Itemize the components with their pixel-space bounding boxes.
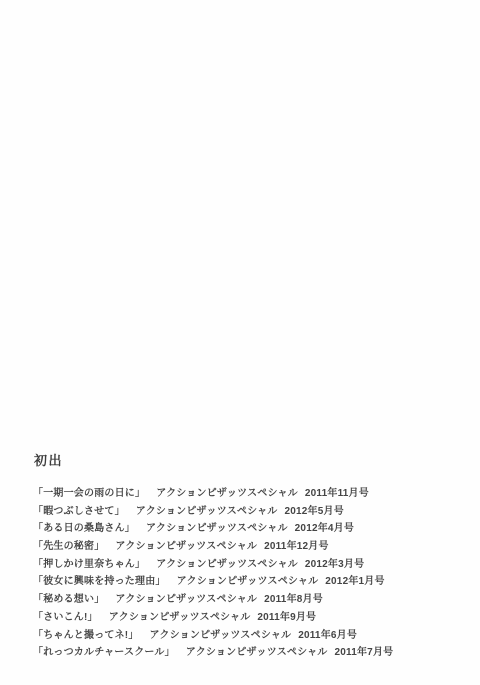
publication-entry: 「ちゃんと撮ってネ!」 アクションピザッツスペシャル 2011年6月号 bbox=[33, 627, 453, 645]
story-title: 「ちゃんと撮ってネ!」 bbox=[33, 627, 139, 645]
issue-date: 2011年7月号 bbox=[334, 644, 393, 662]
story-title: 「押しかけ里奈ちゃん」 bbox=[33, 556, 145, 574]
publication-entry: 「彼女に興味を持った理由」 アクションピザッツスペシャル 2012年1月号 bbox=[33, 573, 453, 591]
publication-entry: 「一期一会の雨の日に」 アクションピザッツスペシャル 2011年11月号 bbox=[33, 485, 453, 503]
publication-entry: 「先生の秘密」 アクションピザッツスペシャル 2011年12月号 bbox=[33, 538, 453, 556]
colophon-heading: 初出 bbox=[34, 453, 453, 468]
publication-entry: 「ある日の桑島さん」 アクションピザッツスペシャル 2012年4月号 bbox=[33, 520, 453, 538]
issue-date: 2012年5月号 bbox=[284, 503, 343, 521]
story-title: 「さいこん!」 bbox=[33, 609, 98, 627]
story-title: 「秘める想い」 bbox=[33, 591, 104, 609]
issue-date: 2011年12月号 bbox=[264, 538, 329, 556]
magazine-name: アクションピザッツスペシャル bbox=[115, 538, 257, 556]
magazine-name: アクションピザッツスペシャル bbox=[150, 627, 292, 645]
issue-date: 2012年4月号 bbox=[295, 520, 354, 538]
story-title: 「彼女に興味を持った理由」 bbox=[33, 573, 166, 591]
issue-date: 2011年6月号 bbox=[298, 627, 357, 645]
scanned-page: 初出 「一期一会の雨の日に」 アクションピザッツスペシャル 2011年11月号 … bbox=[0, 0, 480, 685]
magazine-name: アクションピザッツスペシャル bbox=[136, 503, 278, 521]
magazine-name: アクションピザッツスペシャル bbox=[177, 573, 319, 591]
issue-date: 2012年3月号 bbox=[305, 556, 364, 574]
story-title: 「先生の秘密」 bbox=[33, 538, 104, 556]
publication-list: 「一期一会の雨の日に」 アクションピザッツスペシャル 2011年11月号 「暇つ… bbox=[33, 485, 453, 662]
colophon-section: 初出 「一期一会の雨の日に」 アクションピザッツスペシャル 2011年11月号 … bbox=[33, 453, 453, 662]
magazine-name: アクションピザッツスペシャル bbox=[156, 485, 298, 503]
magazine-name: アクションピザッツスペシャル bbox=[186, 644, 328, 662]
magazine-name: アクションピザッツスペシャル bbox=[115, 591, 257, 609]
story-title: 「一期一会の雨の日に」 bbox=[33, 485, 145, 503]
magazine-name: アクションピザッツスペシャル bbox=[146, 520, 288, 538]
story-title: 「暇つぶしさせて」 bbox=[33, 503, 125, 521]
issue-date: 2011年9月号 bbox=[257, 609, 316, 627]
magazine-name: アクションピザッツスペシャル bbox=[109, 609, 251, 627]
story-title: 「れっつカルチャースクール」 bbox=[33, 644, 175, 662]
issue-date: 2011年11月号 bbox=[305, 485, 369, 503]
issue-date: 2012年1月号 bbox=[325, 573, 384, 591]
publication-entry: 「暇つぶしさせて」 アクションピザッツスペシャル 2012年5月号 bbox=[33, 503, 453, 521]
publication-entry: 「秘める想い」 アクションピザッツスペシャル 2011年8月号 bbox=[33, 591, 453, 609]
publication-entry: 「押しかけ里奈ちゃん」 アクションピザッツスペシャル 2012年3月号 bbox=[33, 556, 453, 574]
issue-date: 2011年8月号 bbox=[264, 591, 323, 609]
story-title: 「ある日の桑島さん」 bbox=[33, 520, 135, 538]
publication-entry: 「さいこん!」 アクションピザッツスペシャル 2011年9月号 bbox=[33, 609, 453, 627]
magazine-name: アクションピザッツスペシャル bbox=[156, 556, 298, 574]
publication-entry: 「れっつカルチャースクール」 アクションピザッツスペシャル 2011年7月号 bbox=[33, 644, 453, 662]
